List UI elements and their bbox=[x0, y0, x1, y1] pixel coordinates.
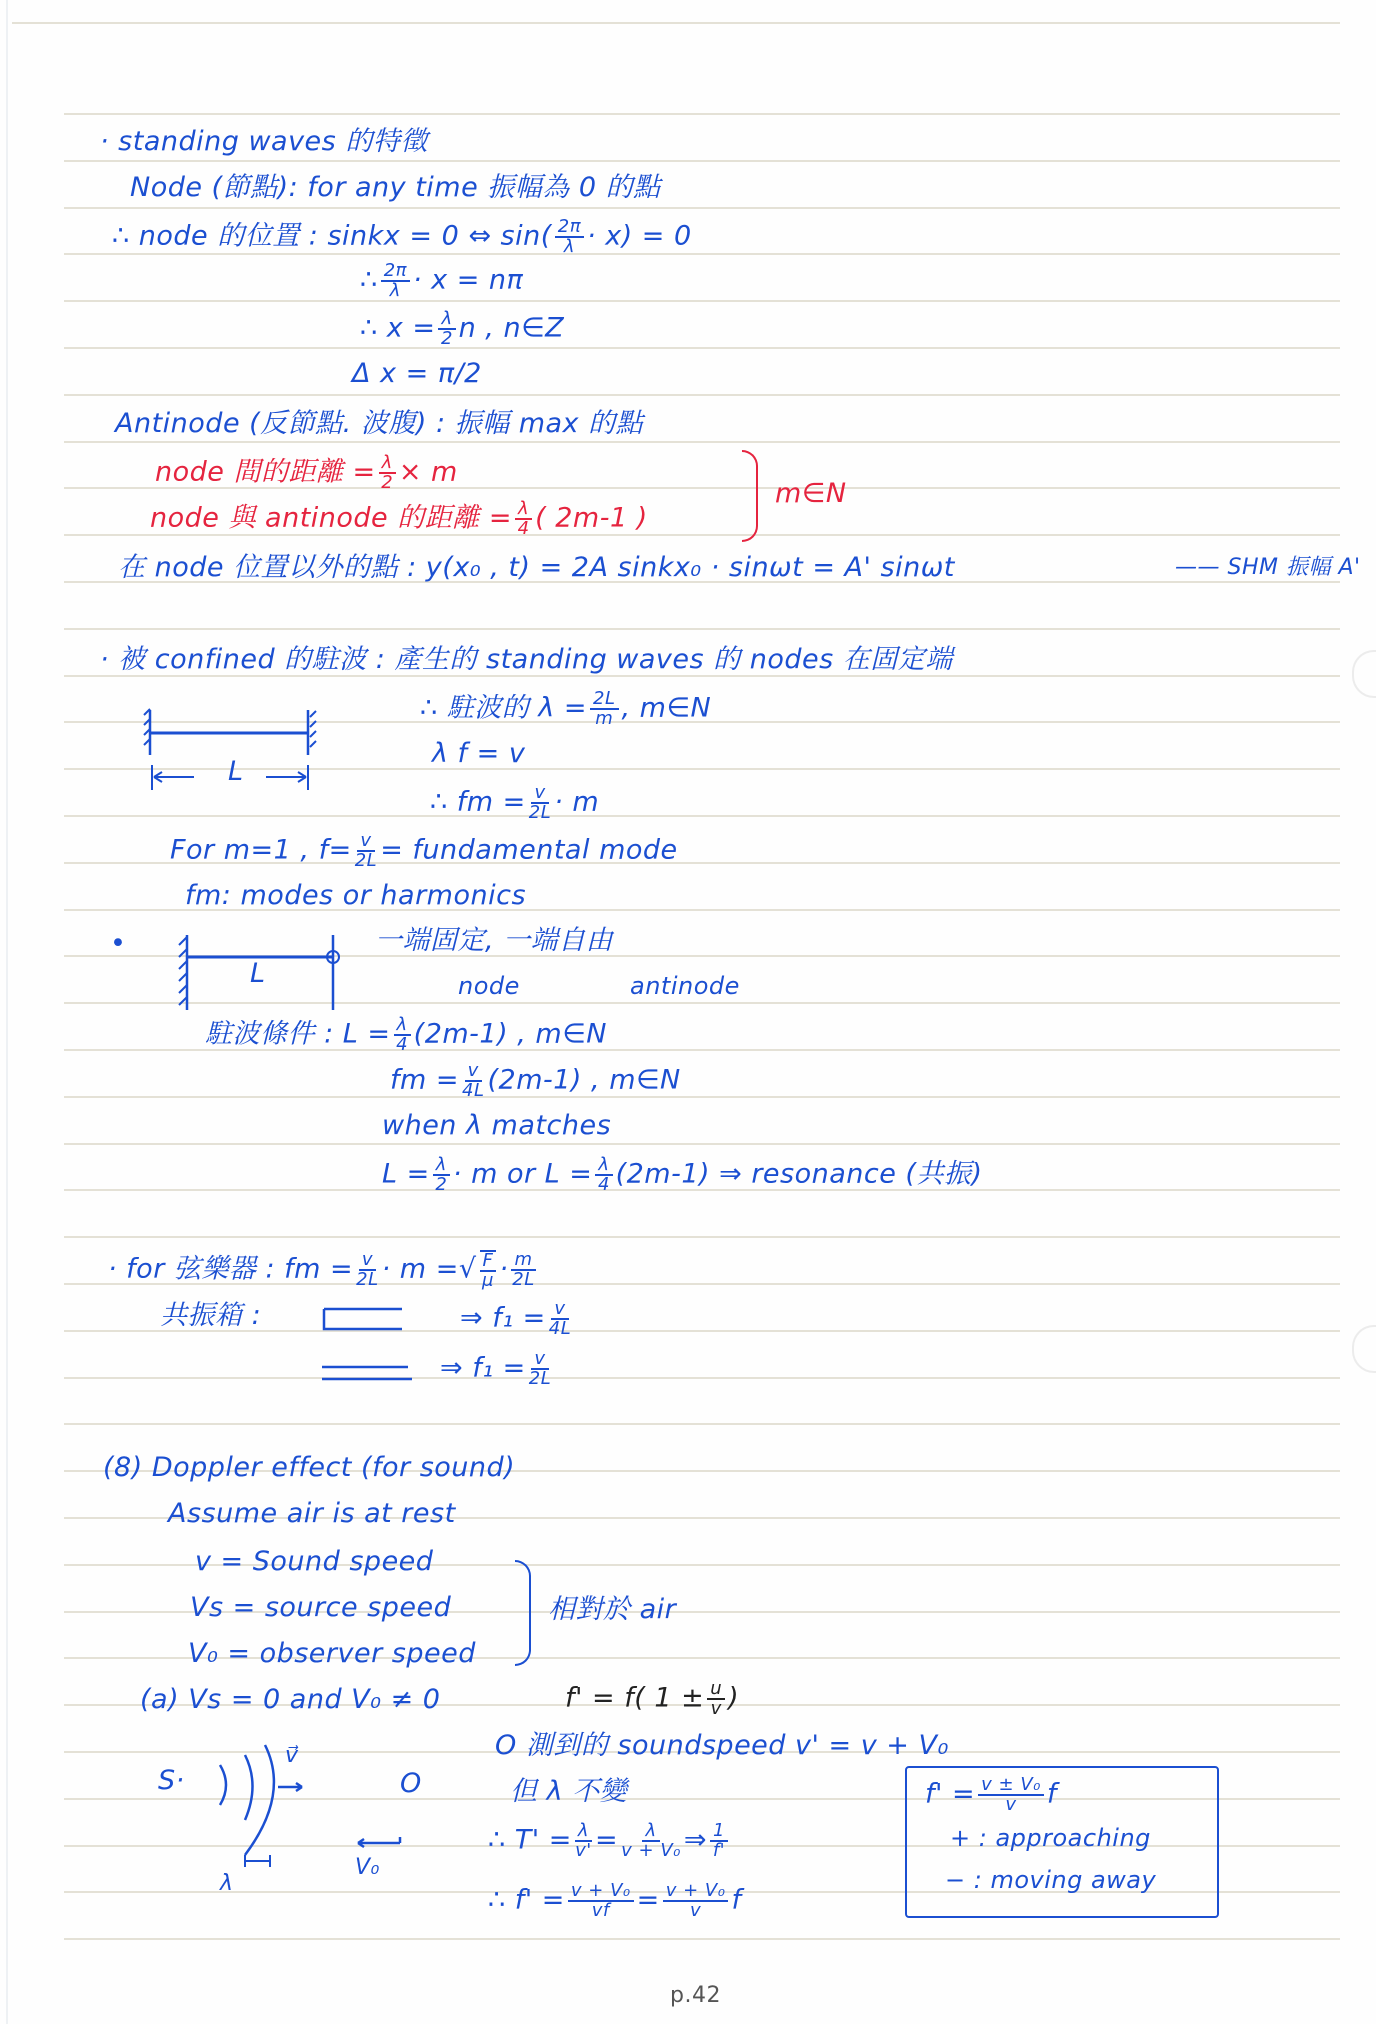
lambda-label: λ bbox=[220, 1868, 234, 1900]
node-step-2: ∴ x =λ2n , n∈Z bbox=[360, 310, 564, 348]
ruled-line bbox=[64, 394, 1340, 396]
observed-sound-speed: O 測到的 soundspeed v' = v + V₀ bbox=[495, 1730, 949, 1762]
string-instrument-formula: · for 弦樂器 : fm =v2L· m =√Fμ·m2L bbox=[108, 1250, 539, 1290]
node-spacing: Δ x = π/2 bbox=[352, 358, 482, 390]
antinode-definition: Antinode (反節點. 波腹) : 振幅 max 的點 bbox=[115, 408, 643, 440]
relative-to-air: 相對於 air bbox=[548, 1594, 676, 1626]
frequency-derivation: ∴ f' =v + V₀vf=v + V₀vf bbox=[488, 1882, 741, 1920]
shm-note: —— SHM 振幅 A' bbox=[1175, 552, 1361, 584]
node-definition: Node (節點): for any time 振幅為 0 的點 bbox=[130, 172, 661, 204]
observer-velocity-label: V₀ bbox=[355, 1852, 380, 1884]
diagram-length-label-2: L bbox=[250, 958, 266, 990]
binder-hole bbox=[1352, 1325, 1376, 1373]
page-edge bbox=[6, 0, 8, 2024]
ruled-line bbox=[64, 300, 1340, 302]
case-a: (a) Vs = 0 and V₀ ≠ 0 bbox=[140, 1684, 440, 1716]
harmonics-note: fm: modes or harmonics bbox=[185, 880, 526, 912]
period-derivation: ∴ T' =λv'=λv + V₀⇒1f' bbox=[488, 1822, 731, 1860]
standing-wave-condition: 駐波條件 : L =λ4(2m-1) , m∈N bbox=[205, 1016, 607, 1054]
wave-velocity-label: v⃗ bbox=[285, 1740, 299, 1772]
red-brace bbox=[742, 450, 758, 542]
bullet: • bbox=[110, 928, 126, 960]
source-label: S· bbox=[158, 1765, 185, 1797]
def-source-speed: Vs = source speed bbox=[190, 1592, 451, 1624]
ruled-line bbox=[64, 815, 1340, 817]
blue-brace bbox=[515, 1560, 531, 1666]
page-number: p.42 bbox=[670, 1980, 721, 2012]
observer-label: O bbox=[400, 1768, 422, 1800]
top-rule bbox=[12, 22, 1340, 24]
when-lambda-matches: when λ matches bbox=[382, 1110, 611, 1142]
lambda-unchanged: 但 λ 不變 bbox=[510, 1776, 627, 1808]
ruled-line bbox=[64, 1096, 1340, 1098]
node-antinode-distance: node 與 antinode 的距離 =λ4( 2m-1 ) bbox=[150, 500, 648, 538]
node-step-1: ∴2πλ· x = nπ bbox=[360, 262, 523, 300]
case-a-formula: f' = f( 1 ±uv) bbox=[565, 1680, 739, 1718]
non-node-points: 在 node 位置以外的點 : y(x₀ , t) = 2A sinkx₀ · … bbox=[118, 552, 955, 584]
def-sound-speed: v = Sound speed bbox=[195, 1546, 433, 1578]
ruled-line bbox=[64, 1423, 1340, 1425]
one-end-fm: fm =v4L(2m-1) , m∈N bbox=[390, 1062, 681, 1100]
diagram-length-label: L bbox=[228, 756, 244, 788]
ruled-line bbox=[64, 113, 1340, 115]
one-end-free-title: 一端固定, 一端自由 bbox=[375, 925, 613, 957]
ruled-line bbox=[64, 441, 1340, 443]
confined-lambda: ∴ 駐波的 λ =2Lm, m∈N bbox=[420, 690, 711, 728]
confined-fm: ∴ fm =v2L· m bbox=[430, 784, 599, 822]
ruled-line bbox=[64, 628, 1340, 630]
confined-heading: · 被 confined 的駐波 : 產生的 standing waves 的 … bbox=[100, 644, 953, 676]
ruled-line bbox=[64, 207, 1340, 209]
summary-formula: f' =v ± V₀vf bbox=[925, 1776, 1057, 1814]
summary-moving-away: − : moving away bbox=[945, 1864, 1156, 1896]
resonance-box-diagrams bbox=[320, 1305, 430, 1385]
lambda-f-v: λ f = v bbox=[432, 738, 525, 770]
m-in-n-label: m∈N bbox=[775, 478, 847, 510]
under-free-antinode: antinode bbox=[630, 970, 740, 1002]
ruled-line bbox=[64, 160, 1340, 162]
ruled-line bbox=[64, 1377, 1340, 1379]
resonance-condition: L =λ2· m or L =λ4(2m-1) ⇒ resonance (共振) bbox=[382, 1156, 983, 1194]
def-observer-speed: V₀ = observer speed bbox=[188, 1638, 476, 1670]
doppler-heading: (8) Doppler effect (for sound) bbox=[103, 1452, 515, 1484]
open-box-f1: ⇒ f₁ =v2L bbox=[440, 1350, 554, 1388]
closed-box-f1: ⇒ f₁ =v4L bbox=[460, 1300, 574, 1338]
summary-approaching: + : approaching bbox=[950, 1822, 1151, 1854]
under-fixed-node: node bbox=[458, 970, 520, 1002]
ruled-line bbox=[64, 1143, 1340, 1145]
resonance-box-label: 共振箱 : bbox=[160, 1300, 261, 1332]
fundamental-mode: For m=1 , f=v2L= fundamental mode bbox=[170, 832, 678, 870]
ruled-line bbox=[64, 1938, 1340, 1940]
binder-hole bbox=[1352, 650, 1376, 698]
node-distance: node 間的距離 =λ2× m bbox=[155, 454, 458, 492]
doppler-assume: Assume air is at rest bbox=[168, 1498, 456, 1530]
node-position: ∴ node 的位置 : sinkx = 0 ⇔ sin(2πλ· x) = 0 bbox=[112, 218, 692, 256]
ruled-line bbox=[64, 347, 1340, 349]
notebook-page: · standing waves 的特徵 Node (節點): for any … bbox=[0, 0, 1376, 2024]
ruled-line bbox=[64, 1236, 1340, 1238]
standing-waves-heading: · standing waves 的特徵 bbox=[100, 126, 428, 158]
